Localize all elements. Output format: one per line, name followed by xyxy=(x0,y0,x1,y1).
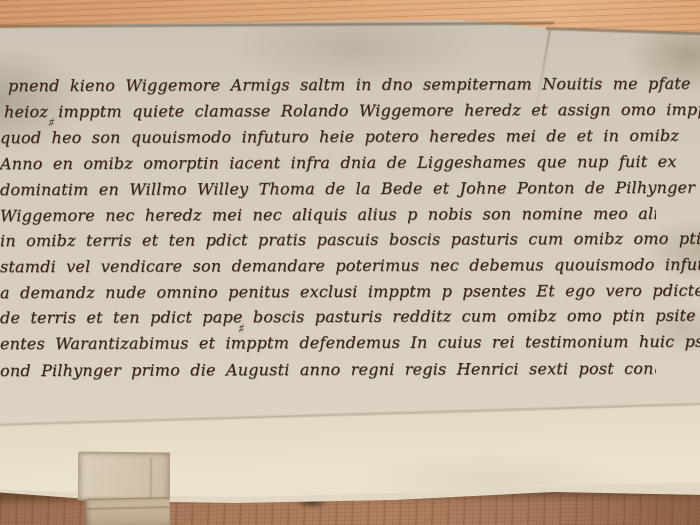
seal-tag-crease xyxy=(86,506,170,509)
script-line: de terris et ten pdict pape boscis pastu… xyxy=(0,303,700,331)
script-line: ond Pilhynger primo die Augusti anno reg… xyxy=(0,356,656,384)
script-line: in omibz terris et ten pdict pratis pasc… xyxy=(0,226,700,254)
script-line: stamdi vel vendicare son demandare poter… xyxy=(0,252,700,280)
script-line: a demandz nude omnino penitus exclusi im… xyxy=(0,278,700,306)
seal-tag-end xyxy=(86,497,171,525)
photo-frame: pnend kieno Wiggemore Armigs saltm in dn… xyxy=(0,0,700,525)
script-line: heioz impptm quiete clamasse Rolando Wig… xyxy=(4,97,700,125)
script-line: dominatim en Willmo Willey Thoma de la B… xyxy=(0,175,700,203)
seal-tag-crease xyxy=(150,458,152,498)
script-line: Wiggemore nec heredz mei nec aliquis ali… xyxy=(0,201,656,229)
script-line: Anno en omibz omorptin iacent infra dnia… xyxy=(0,149,700,177)
script-line: entes Warantizabimus et impptm defendemu… xyxy=(0,329,700,357)
seal-tag xyxy=(78,452,171,502)
script-line: quod heo son quouismodo infuturo heie po… xyxy=(0,123,700,151)
script-line: pnend kieno Wiggemore Armigs saltm in dn… xyxy=(8,71,700,99)
